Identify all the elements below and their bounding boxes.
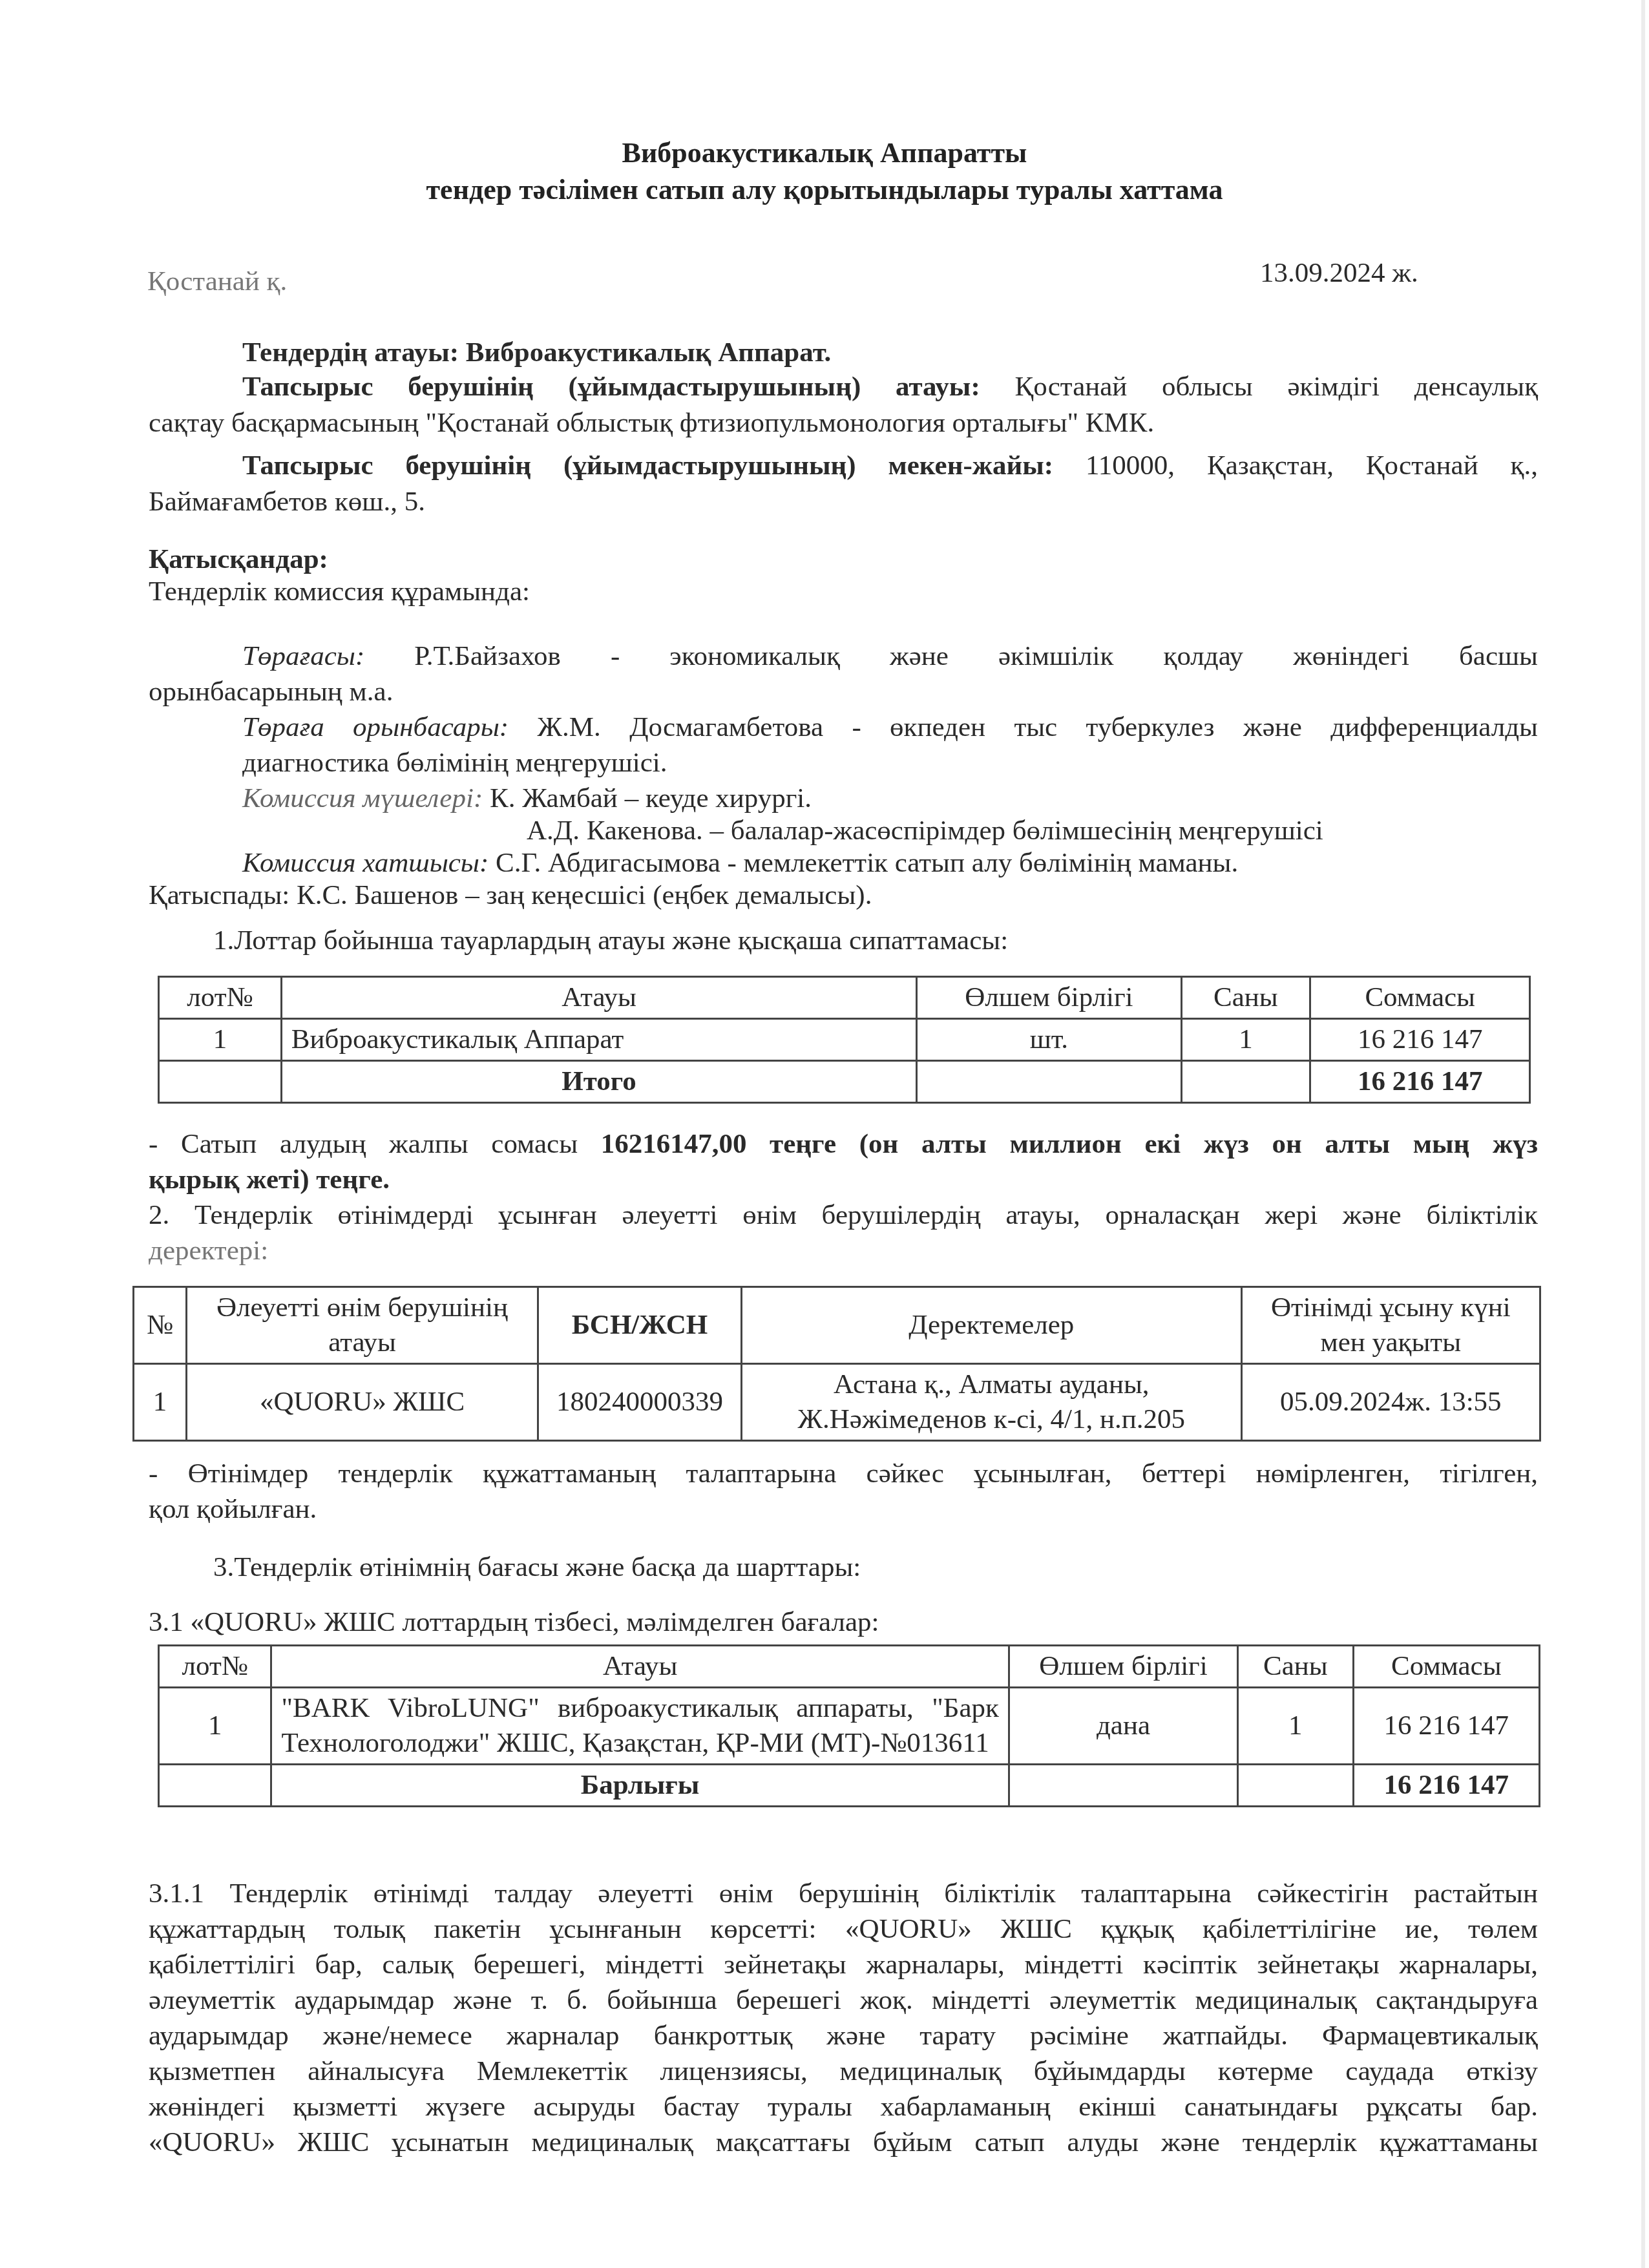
secretary-value: С.Г. Абдигасымова - мемлекеттік сатып ал… [496, 848, 1238, 878]
chair-label: Төрағасы: [242, 641, 364, 671]
cell-empty [917, 1061, 1181, 1103]
vice-chair-line2: диагностика бөлімінің меңгерушісі. [242, 743, 1632, 783]
customer-address-value: 110000, Қазақстан, Қостанай қ., [1086, 450, 1538, 481]
scan-edge [1641, 0, 1645, 2268]
cell-sum: 16 216 147 [1310, 1019, 1530, 1061]
header-name: Атауы [271, 1646, 1009, 1688]
cell-bin: 180240000339 [538, 1364, 742, 1441]
cell-empty [1238, 1765, 1354, 1807]
chair-value: Р.Т.Байзахов - экономикалық және әкімшіл… [414, 641, 1538, 671]
cell-details: Астана қ., Алматы ауданы, Ж.Нәжімеденов … [741, 1364, 1241, 1441]
table-total-row: Барлығы 16 216 147 [159, 1765, 1540, 1807]
customer-name-line1: Тапсырыс берушінің (ұйымдастырушының) ат… [242, 367, 1538, 407]
table-header-row: лот№ Атауы Өлшем бірлігі Саны Соммасы [159, 1646, 1540, 1688]
table-row: 1 «QUORU» ЖШС 180240000339 Астана қ., Ал… [134, 1364, 1540, 1441]
analysis-line-8: «QUORU» ЖШС ұсынатын медициналық мақсатт… [149, 2123, 1538, 2163]
members-label: Комиссия мүшелері: [242, 783, 483, 814]
cell-sum: 16 216 147 [1353, 1688, 1539, 1765]
lots-table: лот№ Атауы Өлшем бірлігі Саны Соммасы 1 … [158, 976, 1531, 1104]
header-supplier-name: Әлеуетті өнім берушінің атауы [186, 1287, 538, 1364]
sum-bold: 16216147,00 теңге (он алты миллион екі ж… [601, 1129, 1538, 1159]
header-sum: Соммасы [1310, 977, 1530, 1019]
chair-line1: Төрағасы: Р.Т.Байзахов - экономикалық жә… [242, 636, 1538, 677]
header-lot-no: лот№ [159, 1646, 271, 1688]
section2-heading-line1: 2. Тендерлік өтінімдерді ұсынған әлеуетт… [149, 1195, 1538, 1235]
document-page: Виброакустикалық Аппаратты тендер тәсілі… [0, 0, 1649, 2268]
section1-heading: 1.Лоттар бойынша тауарлардың атауы және … [213, 921, 1602, 961]
vice-chair-label: Төраға орынбасары: [242, 712, 509, 742]
table-header-row: № Әлеуетті өнім берушінің атауы БСН/ЖСН … [134, 1287, 1540, 1364]
member-1: К. Жамбай – кеуде хирургі. [490, 783, 812, 814]
tender-name-value: Виброакустикалық Аппарат. [466, 337, 831, 368]
cell-no: 1 [134, 1364, 187, 1441]
section2-note-line2: қол қойылған. [149, 1489, 1538, 1529]
analysis-line-4: әлеуметтік аударымдар және т. б. бойынша… [149, 1980, 1538, 2021]
header-unit: Өлшем бірлігі [917, 977, 1181, 1019]
analysis-line-3: қабілеттілігі бар, салық берешегі, мінде… [149, 1945, 1538, 1985]
table-header-row: лот№ Атауы Өлшем бірлігі Саны Соммасы [159, 977, 1530, 1019]
cell-empty [159, 1765, 271, 1807]
tender-name-label: Тендердің атауы: [149, 337, 459, 368]
sum-prefix: - Сатып алудың жалпы сомасы [149, 1129, 578, 1159]
customer-address-line1: Тапсырыс берушінің (ұйымдастырушының) ме… [242, 446, 1538, 486]
analysis-line-6: қызметпен айналысуға Мемлекеттік лицензи… [149, 2052, 1538, 2092]
customer-name-label: Тапсырыс берушінің (ұйымдастырушының) ат… [242, 372, 980, 402]
cell-empty [1181, 1061, 1310, 1103]
customer-name-value: Қостанай облысы әкімдігі денсаулық [1014, 372, 1538, 402]
header-bin: БСН/ЖСН [538, 1287, 742, 1364]
total-value: 16 216 147 [1353, 1765, 1539, 1807]
analysis-line-7: жөніндегі қызметті жүзеге асыруды бастау… [149, 2087, 1538, 2127]
header-details: Деректемелер [741, 1287, 1241, 1364]
prices-table: лот№ Атауы Өлшем бірлігі Саны Соммасы 1 … [158, 1644, 1540, 1807]
cell-lot-no: 1 [159, 1019, 282, 1061]
header-qty: Саны [1238, 1646, 1354, 1688]
total-label: Барлығы [271, 1765, 1009, 1807]
city: Қостанай қ. [147, 262, 287, 302]
cell-empty [1009, 1765, 1237, 1807]
cell-unit: дана [1009, 1688, 1237, 1765]
customer-address-label: Тапсырыс берушінің (ұйымдастырушының) ме… [242, 450, 1053, 481]
date: 13.09.2024 ж. [1260, 253, 1418, 293]
customer-address-line2: Баймағамбетов көш., 5. [149, 482, 1538, 522]
analysis-line-1: 3.1.1 Тендерлік өтінімді талдау әлеуетті… [149, 1874, 1538, 1914]
commission-intro: Тендерлік комиссия құрамында: [149, 572, 1538, 612]
suppliers-table: № Әлеуетті өнім берушінің атауы БСН/ЖСН … [132, 1286, 1541, 1442]
total-value: 16 216 147 [1310, 1061, 1530, 1103]
section3-heading: 3.Тендерлік өтінімнің бағасы және басқа … [213, 1548, 1602, 1588]
header-unit: Өлшем бірлігі [1009, 1646, 1237, 1688]
cell-supplier-name: «QUORU» ЖШС [186, 1364, 538, 1441]
document-title-line2: тендер тәсілімен сатып алу қорытындылары… [0, 169, 1649, 211]
document-title-line1: Виброакустикалық Аппаратты [0, 132, 1649, 174]
chair-line2: орынбасарының м.а. [149, 672, 1538, 712]
vice-chair-line1: Төраға орынбасары: Ж.М. Досмагамбетова -… [242, 708, 1538, 748]
section3-subheading: 3.1 «QUORU» ЖШС лоттардың тізбесі, мәлім… [149, 1602, 1538, 1643]
cell-submission-date: 05.09.2024ж. 13:55 [1241, 1364, 1540, 1441]
header-submission-date: Өтінімді ұсыну күні мен уақыты [1241, 1287, 1540, 1364]
table-row: 1 "BARK VibroLUNG" виброакустикалық аппа… [159, 1688, 1540, 1765]
total-label: Итого [281, 1061, 916, 1103]
analysis-line-5: аударымдар және/немесе жарналар банкротт… [149, 2016, 1538, 2056]
secretary-label: Комиссия хатшысы: [242, 848, 488, 878]
total-sum-line1: - Сатып алудың жалпы сомасы 16216147,00 … [149, 1124, 1538, 1164]
table-total-row: Итого 16 216 147 [159, 1061, 1530, 1103]
table-row: 1 Виброакустикалық Аппарат шт. 1 16 216 … [159, 1019, 1530, 1061]
section2-heading-line2: деректері: [149, 1231, 1538, 1271]
cell-qty: 1 [1238, 1688, 1354, 1765]
header-no: № [134, 1287, 187, 1364]
header-name: Атауы [281, 977, 916, 1019]
cell-name: "BARK VibroLUNG" виброакустикалық аппара… [271, 1688, 1009, 1765]
cell-qty: 1 [1181, 1019, 1310, 1061]
cell-lot-no: 1 [159, 1688, 271, 1765]
analysis-line-2: құжаттардың толық пакетін ұсынғанын көрс… [149, 1909, 1538, 1949]
total-sum-line2: қырық жеті) теңге. [149, 1160, 1538, 1200]
cell-empty [159, 1061, 282, 1103]
cell-unit: шт. [917, 1019, 1181, 1061]
header-sum: Соммасы [1353, 1646, 1539, 1688]
cell-name: Виброакустикалық Аппарат [281, 1019, 916, 1061]
vice-chair-value: Ж.М. Досмагамбетова - өкпеден тыс туберк… [537, 712, 1538, 742]
header-qty: Саны [1181, 977, 1310, 1019]
absent-member: Қатыспады: К.С. Башенов – заң кеңесшісі … [149, 876, 1538, 916]
customer-name-line2: сақтау басқармасының "Қостанай облыстық … [149, 403, 1538, 443]
section2-note-line1: - Өтінімдер тендерлік құжаттаманың талап… [149, 1454, 1538, 1494]
header-lot-no: лот№ [159, 977, 282, 1019]
